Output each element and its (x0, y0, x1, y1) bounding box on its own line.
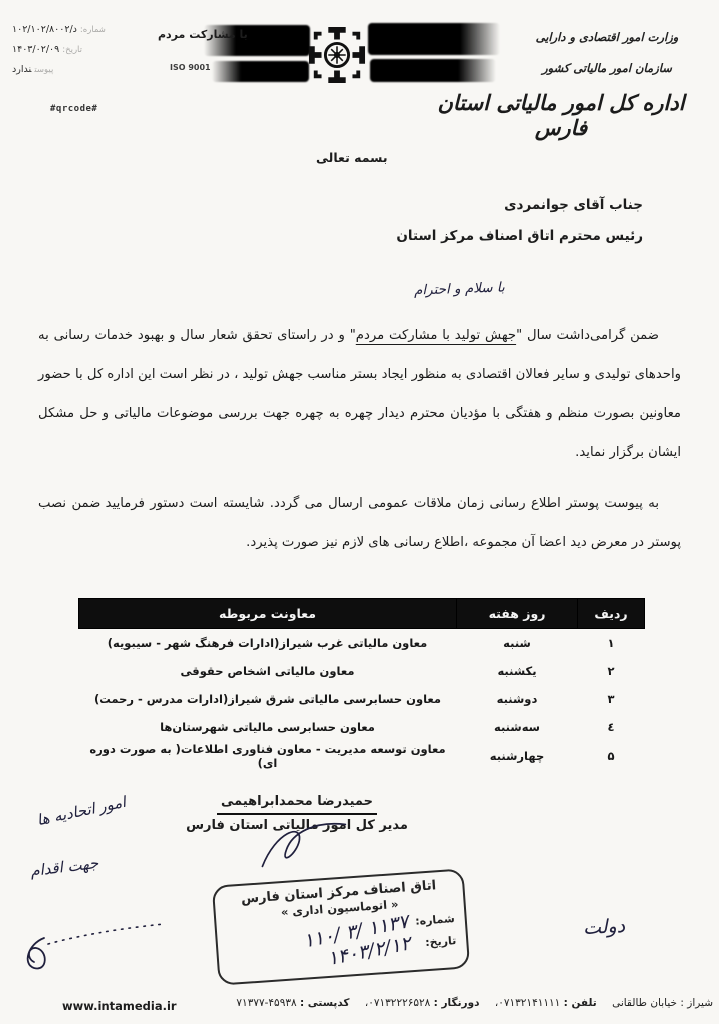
row-weekday: دوشنبه (457, 685, 578, 713)
body-paragraph-2: به پیوست پوستر اطلاع رسانی زمان ملاقات ع… (38, 484, 681, 562)
p1-underlined-slogan: جهش تولید با مشارکت مردم (356, 328, 516, 343)
guild-chamber-received-stamp: اتاق اصناف مرکز استان فارس « اتوماسیون ا… (212, 868, 470, 985)
handwritten-margin-note-line1: امور اتحادیه ها (35, 793, 127, 829)
table-header-row: ردیف روز هفته معاونت مربوطه (79, 599, 645, 629)
tax-organization-emblem-icon (308, 20, 366, 90)
handwritten-margin-note-line2: جهت اقدام (29, 854, 99, 880)
row-deputy: معاون حسابرسی مالیاتی شهرستان‌ها (79, 713, 457, 741)
row-number: ۱ (578, 629, 645, 658)
addressee-title: رئیس محترم اتاق اصناف مرکز استان (396, 221, 643, 252)
addressee-name: جناب آقای جوانمردی (396, 190, 643, 221)
besmele: بسمه تعالی (316, 150, 388, 165)
ministry-header: وزارت امور اقتصادی و دارایی سازمان امور … (507, 22, 707, 84)
body-paragraph-1: ضمن گرامی‌داشت سال "جهش تولید با مشارکت … (38, 316, 681, 472)
table-row: ۳ دوشنبه معاون حسابرسی مالیاتی شرق شیراز… (79, 685, 645, 713)
handwritten-salutation: با سلام و احترام (414, 279, 505, 298)
footer-postal-label: کدپستی : (300, 997, 350, 1009)
letter-body: ضمن گرامی‌داشت سال "جهش تولید با مشارکت … (38, 316, 681, 574)
row-deputy: معاون توسعه مدیریت - معاون فناوری اطلاعا… (79, 741, 457, 771)
handwritten-signature-scribble (252, 816, 362, 876)
letter-number-label: شماره: (80, 25, 106, 35)
row-deputy: معاون مالیاتی غرب شیراز(ادارات فرهنگ شهر… (79, 629, 457, 658)
col-header-weekday: روز هفته (457, 599, 578, 629)
handwritten-annotation: دولت (582, 915, 625, 939)
ink-smear (370, 59, 496, 82)
col-header-row-number: ردیف (578, 599, 645, 629)
year-slogan-text: با مشارکت مردم (158, 28, 248, 41)
p1-segment-before: ضمن گرامی‌داشت سال " (516, 328, 659, 343)
footer-postal: ۷۱۳۷۷-۴۵۹۳۸ (236, 997, 296, 1009)
letter-attachment-label: پیوست (34, 65, 53, 75)
letter-date: تاریخ:۱۴۰۳/۰۲/۰۹ (12, 40, 136, 60)
row-number: ۳ (578, 685, 645, 713)
footer-phone-label: تلفن : (564, 997, 597, 1009)
iso-certification-text: ISO 9001 (170, 63, 211, 72)
row-deputy: معاون حسابرسی مالیاتی شرق شیراز(ادارات م… (79, 685, 457, 713)
row-weekday: شنبه (457, 629, 578, 658)
scanned-letter-page: شماره:د/۱۰۲/۱۰۲/۸۰۰۲ تاریخ:۱۴۰۳/۰۲/۰۹ پی… (0, 0, 719, 1024)
letter-number-value: د/۱۰۲/۱۰۲/۸۰۰۲ (12, 24, 77, 35)
row-number: ٤ (578, 713, 645, 741)
footer-phone: ۰۷۱۳۲۱۴۱۱۱۱ (498, 997, 560, 1009)
letter-attachment: پیوستندارد (12, 60, 136, 80)
footer-contact-line: شیراز : خیابان طالقانی تلفن : ۰۷۱۳۲۱۴۱۱۱… (224, 997, 713, 1009)
table-row: ۲ یکشنبه معاون مالیاتی اشخاص حقوقی (79, 657, 645, 685)
row-weekday: سه‌شنبه (457, 713, 578, 741)
letter-date-label: تاریخ: (62, 45, 82, 55)
meeting-schedule-table: ردیف روز هفته معاونت مربوطه ۱ شنبه معاون… (78, 598, 645, 771)
row-deputy: معاون مالیاتی اشخاص حقوقی (79, 657, 457, 685)
col-header-deputy: معاونت مربوطه (79, 599, 457, 629)
row-number: ۲ (578, 657, 645, 685)
table-row: ٤ سه‌شنبه معاون حسابرسی مالیاتی شهرستان‌… (79, 713, 645, 741)
stamp-date-label: تاریخ: (410, 934, 457, 950)
stamp-number-label: شماره: (408, 912, 455, 928)
row-number: ۵ (578, 741, 645, 771)
ministry-line2: سازمان امور مالیاتی کشور (507, 53, 707, 84)
table-row: ۱ شنبه معاون مالیاتی غرب شیراز(ادارات فر… (79, 629, 645, 658)
addressee-block: جناب آقای جوانمردی رئیس محترم اتاق اصناف… (396, 190, 643, 252)
office-title: اداره کل امور مالیاتی استان فارس (411, 90, 711, 140)
letter-attachment-value: ندارد (12, 64, 31, 75)
footer-address: شیراز : خیابان طالقانی (612, 997, 713, 1009)
p1-segment-after: " و در راستای تحقق شعار سال و بهبود خدما… (38, 328, 681, 460)
footer-fax: ۰۷۱۳۲۲۲۶۵۲۸ (368, 997, 430, 1009)
qrcode-placeholder: #qrcode# (50, 104, 97, 114)
row-weekday: چهارشنبه (457, 741, 578, 771)
signer-name: حمیدرضا محمدابراهیمی (217, 791, 377, 815)
reference-block: شماره:د/۱۰۲/۱۰۲/۸۰۰۲ تاریخ:۱۴۰۳/۰۲/۰۹ پی… (12, 20, 136, 80)
footer-fax-label: دورنگار : (434, 997, 480, 1009)
website-url: www.intamedia.ir (62, 999, 177, 1013)
letter-date-value: ۱۴۰۳/۰۲/۰۹ (12, 44, 59, 55)
row-weekday: یکشنبه (457, 657, 578, 685)
ink-smear (212, 61, 309, 82)
letter-number: شماره:د/۱۰۲/۱۰۲/۸۰۰۲ (12, 20, 136, 40)
handwritten-flourish (14, 898, 174, 978)
table-row: ۵ چهارشنبه معاون توسعه مدیریت - معاون فن… (79, 741, 645, 771)
ministry-line1: وزارت امور اقتصادی و دارایی (507, 22, 707, 53)
ink-smear (368, 23, 500, 55)
